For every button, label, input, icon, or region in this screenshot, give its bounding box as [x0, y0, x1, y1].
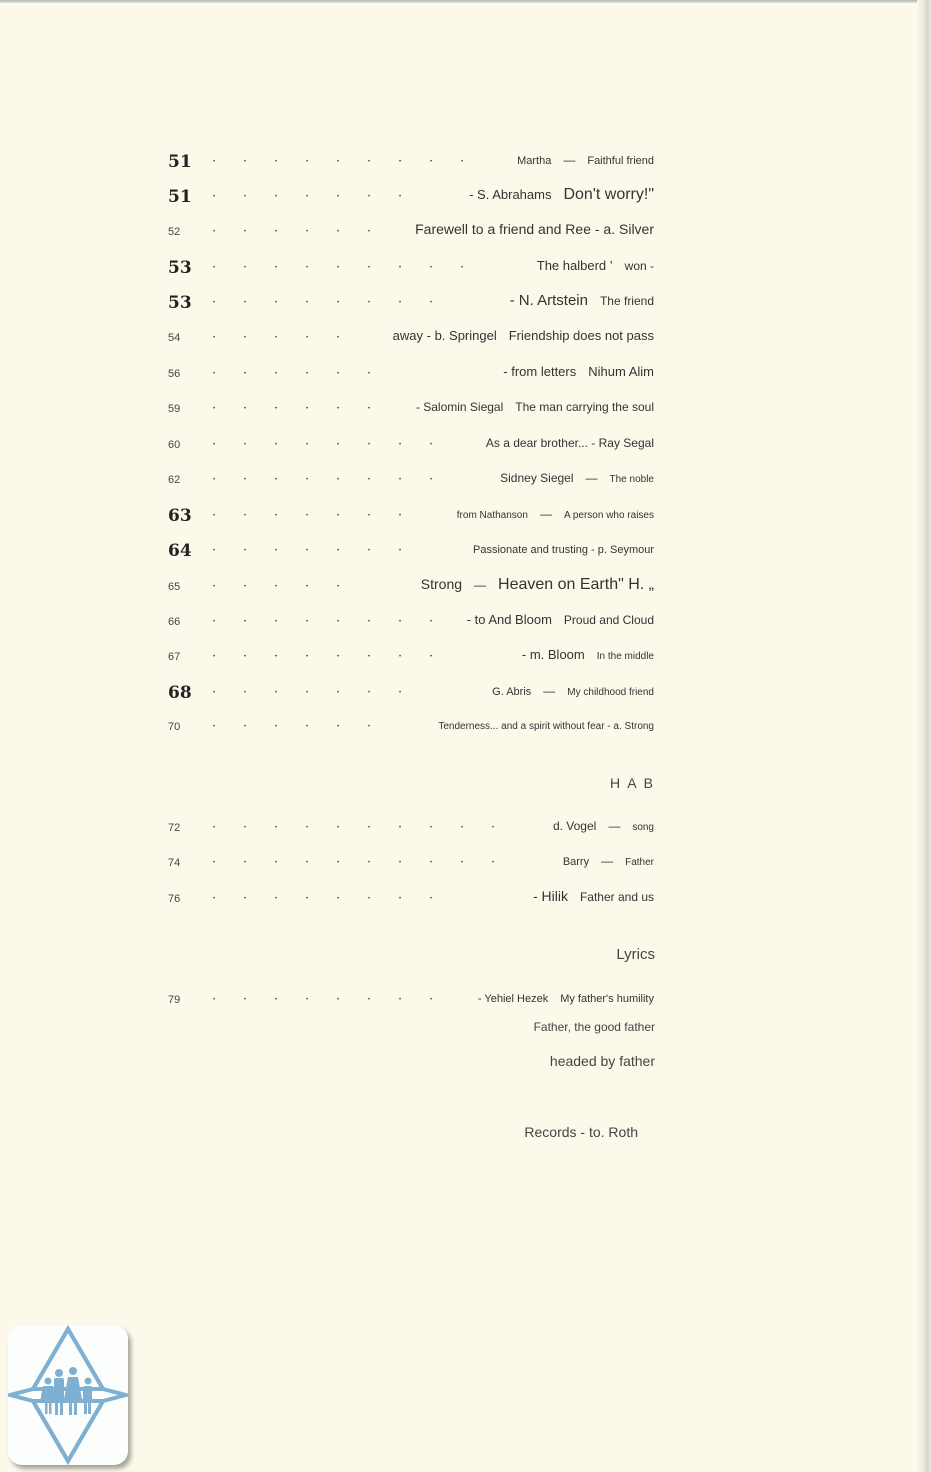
em-dash: — [474, 578, 486, 592]
page-number: 51 [168, 187, 192, 207]
toc-entry: 63•••••••from Nathanson—A person who rai… [165, 501, 660, 531]
entry-text: Passionate and trusting - p. Seymour [473, 544, 654, 556]
entry-text: Strong [421, 576, 462, 592]
entry-text: Don't worry!" [563, 186, 654, 204]
entry-text: - to And Bloom [467, 612, 552, 627]
logo-badge [8, 1325, 128, 1465]
dot-leader: •••••••• [213, 652, 461, 662]
entry-text: - from letters [503, 364, 576, 379]
entry-text: d. Vogel [553, 819, 596, 833]
dot-leader: •••••••• [213, 475, 461, 485]
section-heading-lyrics: Lyrics [616, 946, 655, 963]
entry-text: Proud and Cloud [564, 613, 654, 627]
page-number: 63 [168, 506, 192, 526]
toc-entry: 59••••••- Salomin SiegalThe man carrying… [165, 394, 660, 424]
entry-title: d. Vogel—song [553, 817, 654, 835]
page-number: 79 [168, 994, 180, 1006]
em-dash: — [540, 507, 552, 521]
entry-text: In the middle [597, 651, 654, 662]
dot-leader: •••••••• [213, 995, 461, 1005]
page-number: 72 [168, 822, 180, 834]
dot-leader: •••••••• [213, 894, 461, 904]
page-number: 68 [168, 683, 192, 703]
dot-leader: ••••••• [213, 546, 430, 556]
entry-title: - N. ArtsteinThe friend [510, 292, 654, 310]
entry-title: The halberd ’won - [537, 257, 654, 275]
entry-title: - S. AbrahamsDon't worry!" [469, 186, 654, 204]
em-dash: — [563, 153, 575, 167]
entry-text: Friendship does not pass [509, 328, 654, 343]
toc-entry: 79••••••••- Yehiel HezekMy father's humi… [165, 985, 660, 1015]
entry-text: Faithful friend [587, 155, 654, 167]
dot-leader: ••••••••• [213, 157, 492, 167]
em-dash: — [586, 471, 598, 485]
entry-text: from Nathanson [457, 510, 528, 521]
page-number: 51 [168, 152, 192, 172]
page-number: 60 [168, 439, 180, 451]
line-father-good-father: Father, the good father [534, 1020, 655, 1034]
toc-entry: 76••••••••- HilikFather and us [165, 884, 660, 914]
toc-entry: 68•••••••G. Abris—My childhood friend [165, 678, 660, 708]
entry-title: G. Abris—My childhood friend [492, 682, 654, 700]
entry-title: Martha—Faithful friend [517, 151, 654, 169]
dot-leader: •••••• [213, 227, 399, 237]
toc-entry: 56••••••- from lettersNihum Alim [165, 359, 660, 389]
entry-text: A person who raises [564, 510, 654, 521]
dot-leader: •••••• [213, 722, 399, 732]
entry-title: from Nathanson—A person who raises [457, 505, 654, 523]
entry-text: G. Abris [492, 686, 531, 698]
entry-text: - Yehiel Hezek [478, 993, 548, 1005]
entry-title: - Salomin SiegalThe man carrying the sou… [416, 398, 654, 416]
em-dash: — [608, 819, 620, 833]
entry-text: - S. Abrahams [469, 187, 551, 202]
entry-text: Martha [517, 155, 551, 167]
dot-leader: ••••••• [213, 688, 430, 698]
toc-entry: 53•••••••••The halberd ’won - [165, 253, 660, 283]
page-number: 74 [168, 857, 180, 869]
records-credit: Records - to. Roth [524, 1124, 638, 1140]
entry-text: Tenderness... and a spirit without fear … [438, 721, 654, 732]
dot-leader: •••••••• [213, 617, 461, 627]
entry-title: Barry—Father [563, 852, 654, 870]
entry-text: The man carrying the soul [515, 400, 654, 414]
page-number: 65 [168, 581, 180, 593]
dot-leader: •••••••••• [213, 823, 523, 833]
page-number: 64 [168, 541, 192, 561]
section-heading-hab: H A B [610, 775, 655, 791]
line-headed-by-father: headed by father [550, 1053, 655, 1069]
toc-entry: 65•••••Strong—Heaven on Earth" H. „ [165, 572, 660, 602]
entry-title: Tenderness... and a spirit without fear … [438, 716, 654, 734]
entry-title: - from lettersNihum Alim [503, 363, 654, 381]
toc-entry: 62••••••••Sidney Siegel—The noble [165, 465, 660, 495]
toc-entry: 70••••••Tenderness... and a spirit witho… [165, 712, 660, 742]
em-dash: — [543, 684, 555, 698]
toc-entry: 72••••••••••d. Vogel—song [165, 813, 660, 843]
entry-text: Nihum Alim [588, 364, 654, 379]
toc-entry: 74••••••••••Barry—Father [165, 848, 660, 878]
star-of-david-family-icon [8, 1325, 128, 1465]
entry-title: away - b. SpringelFriendship does not pa… [393, 327, 654, 345]
entry-text: - Salomin Siegal [416, 400, 503, 414]
entry-text: Sidney Siegel [500, 471, 573, 485]
page-number: 53 [168, 293, 192, 313]
dot-leader: ••••• [213, 582, 368, 592]
dot-leader: ••••• [213, 333, 368, 343]
page-number: 62 [168, 474, 180, 486]
dot-leader: •••••••• [213, 440, 461, 450]
entry-title: Strong—Heaven on Earth" H. „ [421, 576, 654, 594]
toc-entry: 54•••••away - b. SpringelFriendship does… [165, 323, 660, 353]
page-number: 53 [168, 258, 192, 278]
page-number: 59 [168, 403, 180, 415]
page-number: 66 [168, 616, 180, 628]
dot-leader: •••••••••• [213, 858, 523, 868]
toc-entry: 53••••••••- N. ArtsteinThe friend [165, 288, 660, 318]
entry-text: The halberd ’ [537, 258, 613, 273]
entry-text: - N. Artstein [510, 292, 588, 309]
toc-entry: 64•••••••Passionate and trusting - p. Se… [165, 536, 660, 566]
page-number: 52 [168, 226, 180, 238]
toc-entry: 67••••••••- m. BloomIn the middle [165, 642, 660, 672]
entry-text: My childhood friend [567, 687, 654, 698]
entry-text: As a dear brother... - Ray Segal [486, 436, 654, 450]
entry-text: Heaven on Earth" H. „ [498, 576, 654, 594]
entry-text: The noble [610, 474, 654, 485]
entry-text: won - [625, 259, 654, 273]
page-number: 56 [168, 368, 180, 380]
toc-entry: 51•••••••- S. AbrahamsDon't worry!" [165, 182, 660, 212]
page-number: 70 [168, 721, 180, 733]
entry-title: - HilikFather and us [533, 888, 654, 906]
dot-leader: ••••••• [213, 511, 430, 521]
entry-text: Farewell to a friend and Ree - a. Silver [415, 221, 654, 237]
toc-entry: 52••••••Farewell to a friend and Ree - a… [165, 217, 660, 247]
em-dash: — [601, 854, 613, 868]
dot-leader: ••••••• [213, 192, 430, 202]
entry-title: As a dear brother... - Ray Segal [486, 434, 654, 452]
entry-title: - Yehiel HezekMy father's humility [478, 989, 654, 1007]
dot-leader: •••••• [213, 404, 399, 414]
entry-text: song [632, 822, 654, 833]
page-number: 67 [168, 651, 180, 663]
page-number: 54 [168, 332, 180, 344]
entry-text: My father's humility [560, 993, 654, 1005]
entry-text: away - b. Springel [393, 328, 497, 343]
entry-title: Farewell to a friend and Ree - a. Silver [415, 221, 654, 239]
entry-text: The friend [600, 294, 654, 308]
entry-title: - to And BloomProud and Cloud [467, 611, 654, 629]
entry-text: Father [625, 857, 654, 868]
entry-text: - Hilik [533, 888, 568, 904]
toc-entry: 66••••••••- to And BloomProud and Cloud [165, 607, 660, 637]
dot-leader: ••••••••• [213, 263, 492, 273]
toc-page: 51•••••••••Martha—Faithful friend51•••••… [0, 0, 931, 1472]
toc-entry: 60••••••••As a dear brother... - Ray Seg… [165, 430, 660, 460]
entry-title: Passionate and trusting - p. Seymour [473, 540, 654, 558]
entry-text: - m. Bloom [522, 647, 585, 662]
dot-leader: •••••• [213, 369, 399, 379]
entry-title: Sidney Siegel—The noble [500, 469, 654, 487]
entry-text: Barry [563, 856, 589, 868]
dot-leader: •••••••• [213, 298, 461, 308]
page-number: 76 [168, 893, 180, 905]
toc-entry: 51•••••••••Martha—Faithful friend [165, 147, 660, 177]
entry-title: - m. BloomIn the middle [522, 646, 654, 664]
entry-text: Father and us [580, 890, 654, 904]
